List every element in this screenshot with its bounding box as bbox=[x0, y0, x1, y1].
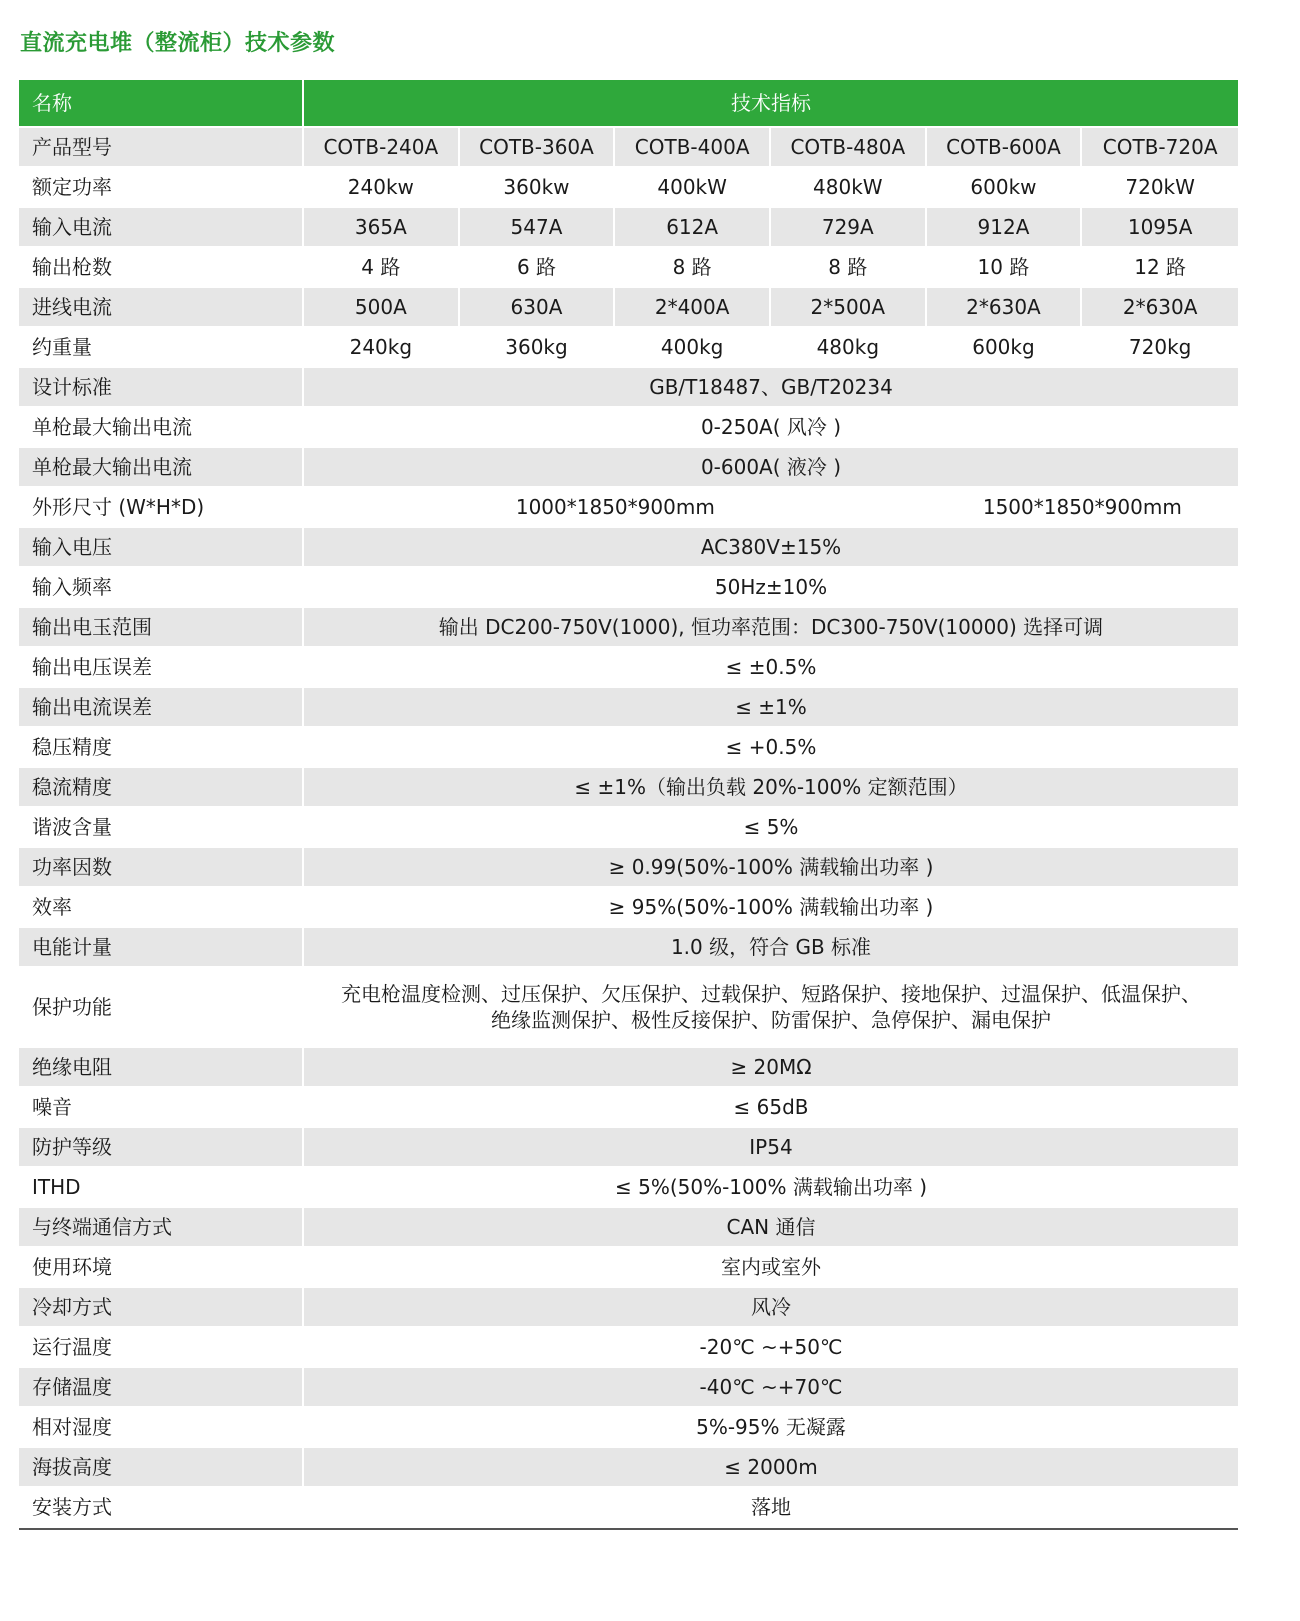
table-row: 单枪最大输出电流 0-250A( 风冷 ) bbox=[19, 408, 1238, 448]
table-row: 输入电压 AC380V±15% bbox=[19, 528, 1238, 568]
table-row: 绝缘电阻 ≥ 20MΩ bbox=[19, 1048, 1238, 1088]
value-cell: 2*630A bbox=[927, 288, 1083, 328]
value-cell: 360kw bbox=[460, 168, 616, 208]
value-cell: 600kw bbox=[927, 168, 1083, 208]
value-cell: 8 路 bbox=[615, 248, 771, 288]
table-row: 防护等级 IP54 bbox=[19, 1128, 1238, 1168]
page-title: 直流充电堆（整流柜）技术参数 bbox=[20, 26, 335, 57]
value-cell: 600kg bbox=[927, 328, 1083, 368]
value-cell: ≥ 95%(50%-100% 满载输出功率 ) bbox=[304, 888, 1238, 928]
value-cell: 0-250A( 风冷 ) bbox=[304, 408, 1238, 448]
table-row: 输出枪数 4 路 6 路 8 路 8 路 10 路 12 路 bbox=[19, 248, 1238, 288]
dimension-small: 1000*1850*900mm bbox=[304, 488, 927, 528]
row-label: 存储温度 bbox=[19, 1368, 304, 1408]
spec-table: 名称 技术指标 产品型号 COTB-240A COTB-360A COTB-40… bbox=[19, 80, 1238, 1530]
table-row: 噪音 ≤ 65dB bbox=[19, 1088, 1238, 1128]
value-cell: 2*400A bbox=[615, 288, 771, 328]
row-label: 防护等级 bbox=[19, 1128, 304, 1168]
row-label: 约重量 bbox=[19, 328, 304, 368]
value-cell: 12 路 bbox=[1082, 248, 1238, 288]
table-row-dimensions: 外形尺寸 (W*H*D) 1000*1850*900mm 1500*1850*9… bbox=[19, 488, 1238, 528]
value-cell: 480kg bbox=[771, 328, 927, 368]
protection-line-2: 绝缘监测保护、极性反接保护、防雷保护、急停保护、漏电保护 bbox=[491, 1007, 1051, 1033]
model-cell: COTB-240A bbox=[304, 128, 460, 168]
row-label: 单枪最大输出电流 bbox=[19, 408, 304, 448]
value-cell: 1.0 级，符合 GB 标准 bbox=[304, 928, 1238, 968]
value-cell: IP54 bbox=[304, 1128, 1238, 1168]
row-label: 谐波含量 bbox=[19, 808, 304, 848]
table-row: 稳流精度 ≤ ±1%（输出负载 20%-100% 定额范围） bbox=[19, 768, 1238, 808]
row-label: 保护功能 bbox=[19, 968, 304, 1048]
row-label: 进线电流 bbox=[19, 288, 304, 328]
header-name: 名称 bbox=[19, 80, 304, 128]
value-cell: 1095A bbox=[1082, 208, 1238, 248]
value-cell: ≥ 20MΩ bbox=[304, 1048, 1238, 1088]
value-cell: 720kg bbox=[1082, 328, 1238, 368]
row-label: 输入电压 bbox=[19, 528, 304, 568]
row-label: 额定功率 bbox=[19, 168, 304, 208]
model-cell: COTB-600A bbox=[927, 128, 1083, 168]
row-label: 海拔高度 bbox=[19, 1448, 304, 1488]
value-cell: 4 路 bbox=[304, 248, 460, 288]
row-label: 与终端通信方式 bbox=[19, 1208, 304, 1248]
row-label: 冷却方式 bbox=[19, 1288, 304, 1328]
table-row: 设计标准 GB/T18487、GB/T20234 bbox=[19, 368, 1238, 408]
row-label: 稳流精度 bbox=[19, 768, 304, 808]
value-cell: 2*630A bbox=[1082, 288, 1238, 328]
row-label: 电能计量 bbox=[19, 928, 304, 968]
table-row: 进线电流 500A 630A 2*400A 2*500A 2*630A 2*63… bbox=[19, 288, 1238, 328]
value-cell: ≥ 0.99(50%-100% 满载输出功率 ) bbox=[304, 848, 1238, 888]
table-row: 约重量 240kg 360kg 400kg 480kg 600kg 720kg bbox=[19, 328, 1238, 368]
value-cell: 720kW bbox=[1082, 168, 1238, 208]
value-cell: ≤ ±1%（输出负载 20%-100% 定额范围） bbox=[304, 768, 1238, 808]
row-label: 绝缘电阻 bbox=[19, 1048, 304, 1088]
value-cell: 500A bbox=[304, 288, 460, 328]
value-cell: ≤ 5% bbox=[304, 808, 1238, 848]
table-row: 效率 ≥ 95%(50%-100% 满载输出功率 ) bbox=[19, 888, 1238, 928]
model-cell: COTB-400A bbox=[615, 128, 771, 168]
value-cell: 落地 bbox=[304, 1488, 1238, 1528]
table-row: 输出电玉范围 输出 DC200-750V(1000), 恒功率范围：DC300-… bbox=[19, 608, 1238, 648]
row-label: 使用环境 bbox=[19, 1248, 304, 1288]
table-row: 单枪最大输出电流 0-600A( 液冷 ) bbox=[19, 448, 1238, 488]
row-label: 外形尺寸 (W*H*D) bbox=[19, 488, 304, 528]
table-row: 存储温度 -40℃ ~+70℃ bbox=[19, 1368, 1238, 1408]
row-label: 运行温度 bbox=[19, 1328, 304, 1368]
table-row: 输入电流 365A 547A 612A 729A 912A 1095A bbox=[19, 208, 1238, 248]
table-row: 功率因数 ≥ 0.99(50%-100% 满载输出功率 ) bbox=[19, 848, 1238, 888]
value-cell: 729A bbox=[771, 208, 927, 248]
model-cell: COTB-720A bbox=[1082, 128, 1238, 168]
value-cell: 240kg bbox=[304, 328, 460, 368]
table-row: 运行温度 -20℃ ~+50℃ bbox=[19, 1328, 1238, 1368]
table-row: 相对湿度 5%-95% 无凝露 bbox=[19, 1408, 1238, 1448]
model-cell: COTB-360A bbox=[460, 128, 616, 168]
row-label: 输出枪数 bbox=[19, 248, 304, 288]
value-cell: 输出 DC200-750V(1000), 恒功率范围：DC300-750V(10… bbox=[304, 608, 1238, 648]
value-cell: ≤ 65dB bbox=[304, 1088, 1238, 1128]
table-row: 冷却方式 风冷 bbox=[19, 1288, 1238, 1328]
row-label: 安装方式 bbox=[19, 1488, 304, 1528]
table-row: 与终端通信方式 CAN 通信 bbox=[19, 1208, 1238, 1248]
row-label: 设计标准 bbox=[19, 368, 304, 408]
table-row: 海拔高度 ≤ 2000m bbox=[19, 1448, 1238, 1488]
value-cell: 50Hz±10% bbox=[304, 568, 1238, 608]
value-cell: ≤ ±0.5% bbox=[304, 648, 1238, 688]
row-label: 输出电压误差 bbox=[19, 648, 304, 688]
value-cell: 2*500A bbox=[771, 288, 927, 328]
value-cell: 400kW bbox=[615, 168, 771, 208]
table-row: 电能计量 1.0 级，符合 GB 标准 bbox=[19, 928, 1238, 968]
row-label: 噪音 bbox=[19, 1088, 304, 1128]
row-label: 稳压精度 bbox=[19, 728, 304, 768]
value-cell: -20℃ ~+50℃ bbox=[304, 1328, 1238, 1368]
value-cell: AC380V±15% bbox=[304, 528, 1238, 568]
table-row: 谐波含量 ≤ 5% bbox=[19, 808, 1238, 848]
value-cell: CAN 通信 bbox=[304, 1208, 1238, 1248]
row-label: ITHD bbox=[19, 1168, 304, 1208]
value-cell: 6 路 bbox=[460, 248, 616, 288]
row-label: 输入电流 bbox=[19, 208, 304, 248]
row-label: 效率 bbox=[19, 888, 304, 928]
table-row: 输出电流误差 ≤ ±1% bbox=[19, 688, 1238, 728]
value-cell: 547A bbox=[460, 208, 616, 248]
value-cell: 365A bbox=[304, 208, 460, 248]
value-cell: 912A bbox=[927, 208, 1083, 248]
table-row-protection: 保护功能 充电枪温度检测、过压保护、欠压保护、过载保护、短路保护、接地保护、过温… bbox=[19, 968, 1238, 1048]
row-label: 产品型号 bbox=[19, 128, 304, 168]
row-label: 输出电玉范围 bbox=[19, 608, 304, 648]
row-label: 功率因数 bbox=[19, 848, 304, 888]
value-cell: ≤ 5%(50%-100% 满载输出功率 ) bbox=[304, 1168, 1238, 1208]
protection-line-1: 充电枪温度检测、过压保护、欠压保护、过载保护、短路保护、接地保护、过温保护、低温… bbox=[341, 981, 1201, 1007]
value-cell: 10 路 bbox=[927, 248, 1083, 288]
header-spec: 技术指标 bbox=[304, 80, 1238, 128]
table-header: 名称 技术指标 bbox=[19, 80, 1238, 128]
table-row: 输入频率 50Hz±10% bbox=[19, 568, 1238, 608]
table-row: 使用环境 室内或室外 bbox=[19, 1248, 1238, 1288]
table-row: 稳压精度 ≤ +0.5% bbox=[19, 728, 1238, 768]
row-label: 相对湿度 bbox=[19, 1408, 304, 1448]
value-cell: 480kW bbox=[771, 168, 927, 208]
value-cell: 室内或室外 bbox=[304, 1248, 1238, 1288]
table-row: 输出电压误差 ≤ ±0.5% bbox=[19, 648, 1238, 688]
value-cell: 612A bbox=[615, 208, 771, 248]
table-row: 安装方式 落地 bbox=[19, 1488, 1238, 1528]
model-cell: COTB-480A bbox=[771, 128, 927, 168]
table-row: ITHD ≤ 5%(50%-100% 满载输出功率 ) bbox=[19, 1168, 1238, 1208]
value-cell: 8 路 bbox=[771, 248, 927, 288]
value-cell: 5%-95% 无凝露 bbox=[304, 1408, 1238, 1448]
table-row-models: 产品型号 COTB-240A COTB-360A COTB-400A COTB-… bbox=[19, 128, 1238, 168]
value-cell: -40℃ ~+70℃ bbox=[304, 1368, 1238, 1408]
row-label: 单枪最大输出电流 bbox=[19, 448, 304, 488]
value-cell: 240kw bbox=[304, 168, 460, 208]
value-cell: 630A bbox=[460, 288, 616, 328]
value-cell: ≤ 2000m bbox=[304, 1448, 1238, 1488]
value-cell: ≤ +0.5% bbox=[304, 728, 1238, 768]
row-label: 输出电流误差 bbox=[19, 688, 304, 728]
dimension-large: 1500*1850*900mm bbox=[927, 488, 1238, 528]
value-cell: 风冷 bbox=[304, 1288, 1238, 1328]
value-cell: 400kg bbox=[615, 328, 771, 368]
value-cell: 0-600A( 液冷 ) bbox=[304, 448, 1238, 488]
table-row: 额定功率 240kw 360kw 400kW 480kW 600kw 720kW bbox=[19, 168, 1238, 208]
value-cell: ≤ ±1% bbox=[304, 688, 1238, 728]
protection-value: 充电枪温度检测、过压保护、欠压保护、过载保护、短路保护、接地保护、过温保护、低温… bbox=[304, 968, 1238, 1048]
value-cell: 360kg bbox=[460, 328, 616, 368]
value-cell: GB/T18487、GB/T20234 bbox=[304, 368, 1238, 408]
row-label: 输入频率 bbox=[19, 568, 304, 608]
